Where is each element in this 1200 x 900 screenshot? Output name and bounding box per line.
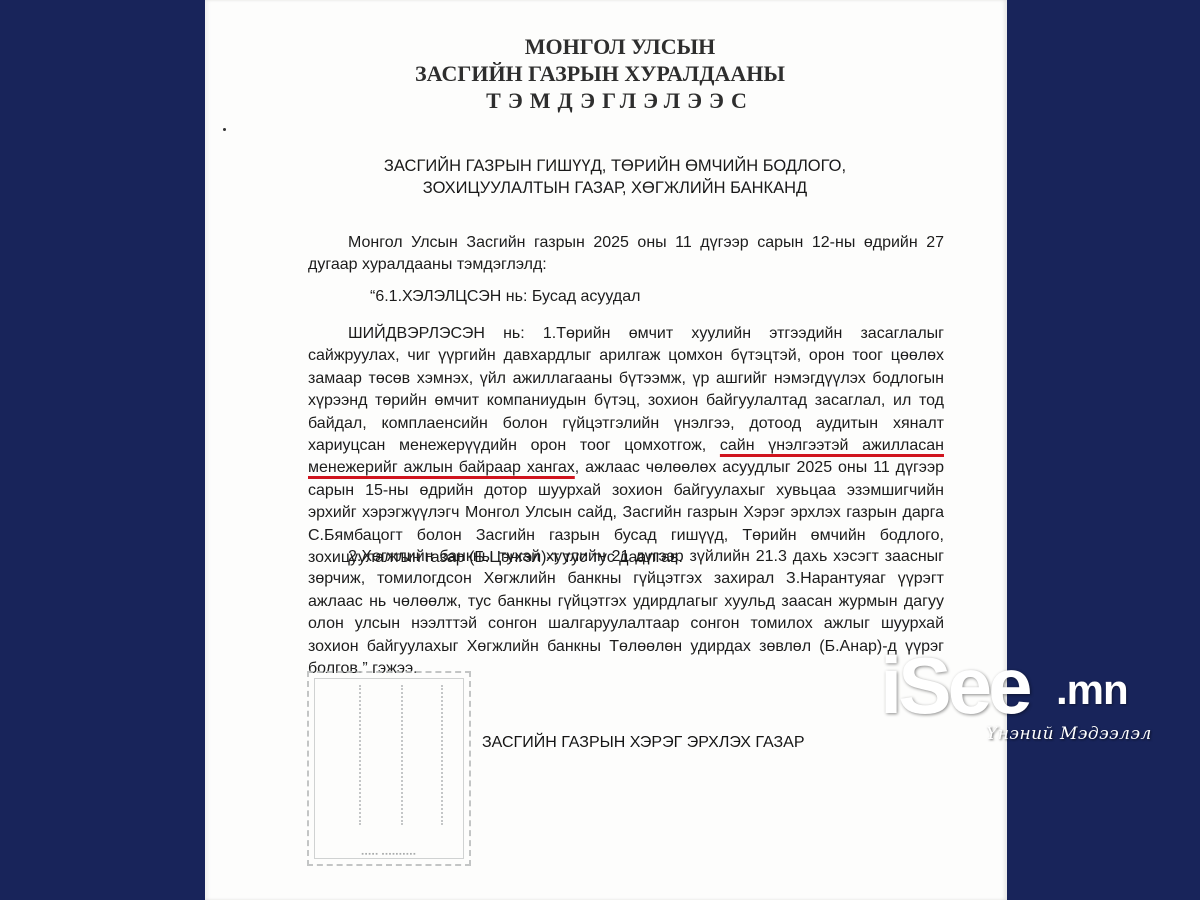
point-2-paragraph: 2.Хөгжлийн банкны тухай хуулийн 21 дүгээ…: [308, 546, 944, 680]
isee-logo: iSee .mn Үнэний Мэдээлэл: [878, 640, 1178, 770]
header-line-2: ЗАСГИЙН ГАЗРЫН ХУРАЛДААНЫ: [0, 60, 1200, 87]
stamp-code: ▪▪▪▪▪ ▪▪▪▪▪▪▪▪▪▪: [315, 851, 463, 858]
logo-tld: .mn: [1056, 666, 1128, 714]
header-line-3: ТЭМДЭГЛЭЛЭЭС: [0, 87, 1200, 114]
logo-name: iSee: [880, 636, 1029, 736]
official-stamp-icon: ▪▪▪▪▪ ▪▪▪▪▪▪▪▪▪▪: [307, 671, 471, 866]
header-line-1: МОНГОЛ УЛСЫН: [0, 33, 1200, 60]
intro-paragraph: Монгол Улсын Засгийн газрын 2025 оны 11 …: [308, 232, 944, 277]
mongolian-script-column: [401, 685, 417, 825]
decision-paragraph: ШИЙДВЭРЛЭСЭН нь: 1.Төрийн өмчит хуулийн …: [308, 323, 944, 569]
mongolian-script-column: [441, 685, 457, 825]
recipients-line-1: ЗАСГИЙН ГАЗРЫН ГИШҮҮД, ТӨРИЙН ӨМЧИЙН БОД…: [30, 155, 1200, 177]
agreed-item: “6.1.ХЭЛЭЛЦСЭН нь: Бусад асуудал: [308, 286, 1006, 308]
document-header: МОНГОЛ УЛСЫН ЗАСГИЙН ГАЗРЫН ХУРАЛДААНЫ Т…: [0, 33, 1200, 114]
recipients-line-2: ЗОХИЦУУЛАЛТЫН ГАЗАР, ХӨГЖЛИЙН БАНКАНД: [30, 177, 1200, 199]
speck-mark: [223, 128, 226, 131]
recipients-block: ЗАСГИЙН ГАЗРЫН ГИШҮҮД, ТӨРИЙН ӨМЧИЙН БОД…: [0, 155, 1200, 199]
mongolian-script-column: [359, 685, 375, 825]
logo-tagline: Үнэний Мэдээлэл: [986, 724, 1152, 744]
decision-text-start: ШИЙДВЭРЛЭСЭН нь: 1.Төрийн өмчит хуулийн …: [308, 325, 944, 454]
signature-authority: ЗАСГИЙН ГАЗРЫН ХЭРЭГ ЭРХЛЭХ ГАЗАР: [482, 734, 804, 752]
